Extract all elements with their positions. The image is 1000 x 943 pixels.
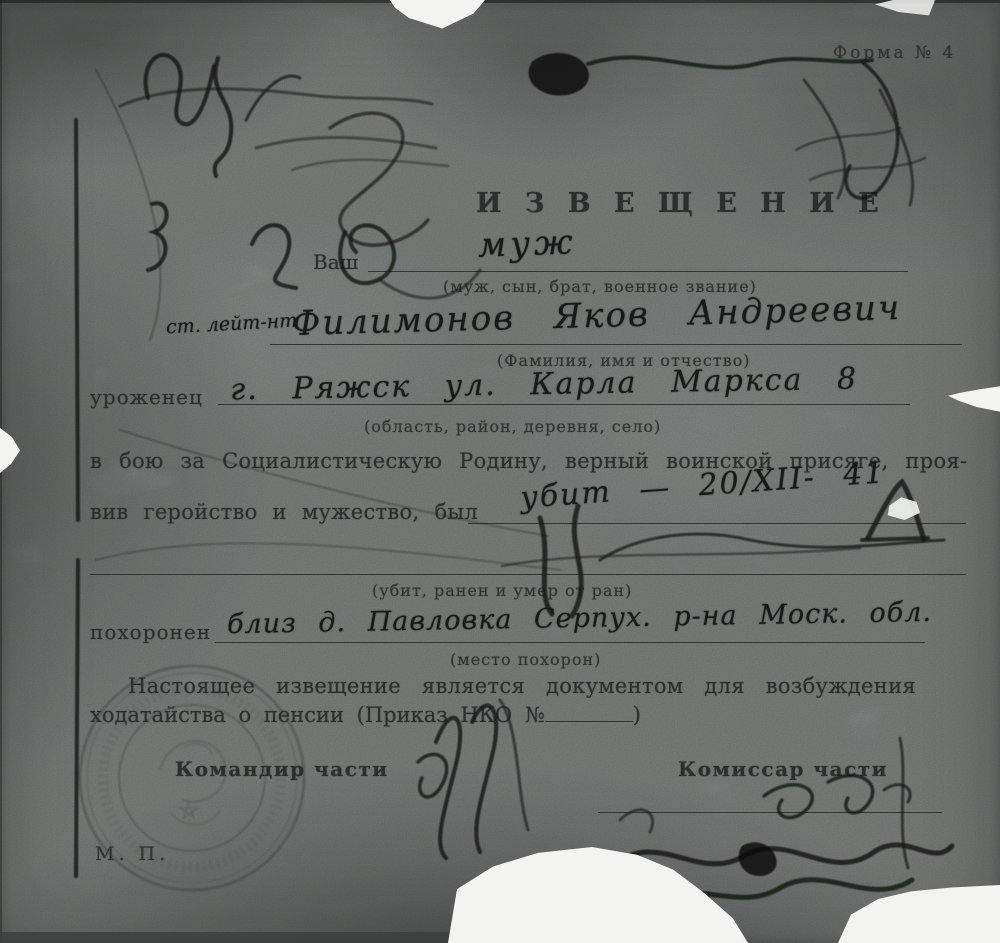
blank-line-order-number <box>545 700 633 722</box>
blank-line-fate <box>468 523 966 524</box>
pension-line1: Настоящее извещение является документом … <box>128 674 916 698</box>
blank-line-burial <box>215 642 925 643</box>
document-title: И З В Е Щ Е Н И Е <box>476 188 886 219</box>
torn-edge-top-center <box>390 0 485 30</box>
blank-line-fate2 <box>90 574 966 575</box>
burial-caption: (место похорон) <box>450 650 601 669</box>
commissar-label: Комиссар части <box>678 757 888 781</box>
birthplace-value: г. Ряжск ул. Карла Маркса 8 <box>230 362 859 408</box>
blank-line-commissar-signature <box>598 812 942 813</box>
torn-edge-top-right <box>875 0 935 22</box>
relative-value: муж <box>477 222 577 265</box>
torn-edge-bottom-right <box>838 880 1000 943</box>
torn-edge-left-nick <box>0 428 20 473</box>
seal-place-label: М. П. <box>95 843 169 865</box>
pension-line2-text: ходатайства о пенсии (Приказ НКО № <box>90 703 545 727</box>
birthplace-label: уроженец <box>90 385 203 409</box>
pension-line2: ходатайства о пенсии (Приказ НКО №) <box>90 700 641 727</box>
rank-value: ст. лейт-нт <box>166 310 298 339</box>
fate-line2: вив геройство и мужество, был <box>90 500 478 524</box>
name-value: Филимонов Яков Андреевич <box>292 288 902 344</box>
torn-fleck-date-area <box>886 496 920 520</box>
death-notice-document: Форма № 4 И З В Е Щ Е Н И Е Ваш муж (муж… <box>0 0 1000 943</box>
birthplace-caption: (область, район, деревня, село) <box>364 417 661 436</box>
scan-edge-bottom-left <box>0 932 480 943</box>
pension-closing: ) <box>633 703 641 727</box>
torn-edge-right-crack <box>948 383 1000 415</box>
fate-caption: (убит, ранен и умер от ран) <box>372 581 632 600</box>
form-number: Форма № 4 <box>833 43 956 63</box>
burial-label: похоронен <box>90 620 211 644</box>
blank-line-name <box>270 344 962 345</box>
torn-edge-bottom-center <box>448 845 748 943</box>
blank-line-relative <box>368 271 908 272</box>
burial-value: близ д. Павловка Серпух. р-на Моск. обл. <box>227 597 932 640</box>
relative-label: Ваш <box>313 250 358 274</box>
commander-label: Командир части <box>175 757 389 781</box>
